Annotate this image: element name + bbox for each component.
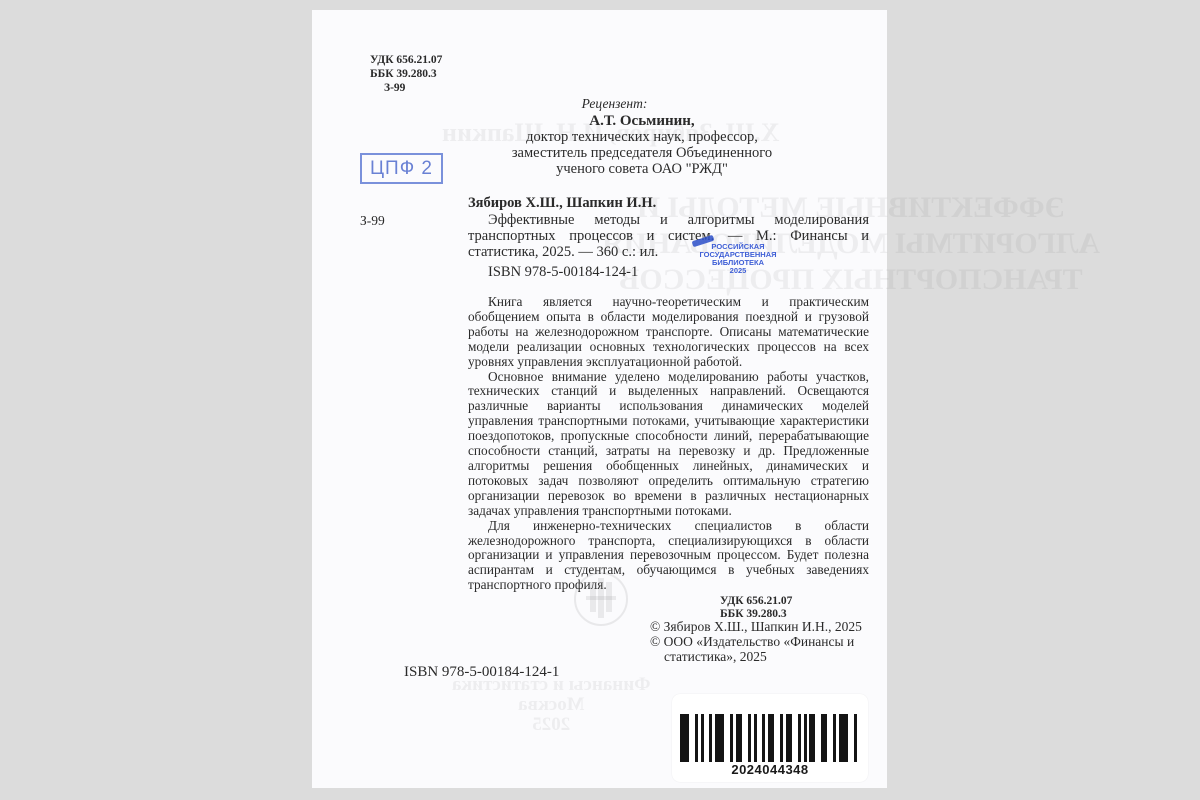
barcode-number: 2024044348 (672, 762, 868, 777)
annotation-paragraph: Для инженерно-технических специалистов в… (468, 519, 869, 594)
reviewer-line: доктор технических наук, профессор, (472, 129, 812, 145)
show-through-imprint: Финансы и статистика Москва 2025 (452, 675, 651, 735)
udk-code: УДК 656.21.07 (720, 595, 792, 608)
bottom-classification: УДК 656.21.07 ББК 39.280.3 (720, 595, 792, 621)
book-page: Х.Ш. Зябиров, И.Н. Шапкин ЭФФЕКТИВНЫЕ МЕ… (312, 10, 887, 788)
bbk-code: ББК 39.280.3 (370, 67, 442, 81)
isbn-bottom: ISBN 978-5-00184-124-1 (404, 664, 559, 681)
copyright-block: © Зябиров Х.Ш., Шапкин И.Н., 2025 © ООО … (650, 619, 880, 664)
cpf-stamp: ЦПФ 2 (360, 153, 443, 184)
authors: Зябиров Х.Ш., Шапкин И.Н. (468, 195, 656, 212)
barcode-icon (680, 714, 860, 762)
publisher-logo-icon (574, 572, 628, 626)
udk-code: УДК 656.21.07 (370, 53, 442, 67)
copyright-line: © Зябиров Х.Ш., Шапкин И.Н., 2025 (650, 619, 880, 634)
annotation: Книга является научно-теоретическим и пр… (468, 295, 869, 593)
reviewer-label: Рецензент: (312, 96, 887, 112)
copyright-line: © ООО «Издательство «Финансы и статистик… (650, 634, 880, 664)
isbn: ISBN 978-5-00184-124-1 (488, 264, 638, 281)
annotation-paragraph: Основное внимание уделено моделированию … (468, 370, 869, 519)
reviewer-info: А.Т. Осьминин, доктор технических наук, … (472, 113, 812, 177)
bibliographic-code: З-99 (360, 213, 385, 229)
reviewer-line: заместитель председателя Объединенного (472, 145, 812, 161)
annotation-paragraph: Книга является научно-теоретическим и пр… (468, 295, 869, 370)
classification-codes: УДК 656.21.07 ББК 39.280.3 З-99 (370, 53, 442, 95)
barcode-sticker: 2024044348 (672, 694, 868, 782)
author-mark: З-99 (370, 81, 442, 95)
reviewer-line: ученого совета ОАО "РЖД" (472, 161, 812, 177)
bibliographic-description: Эффективные методы и алгоритмы моделиров… (468, 212, 869, 260)
library-stamp: РОССИЙСКАЯ ГОСУДАРСТВЕННАЯ БИБЛИОТЕКА 20… (698, 243, 778, 275)
reviewer-name: А.Т. Осьминин, (472, 113, 812, 129)
